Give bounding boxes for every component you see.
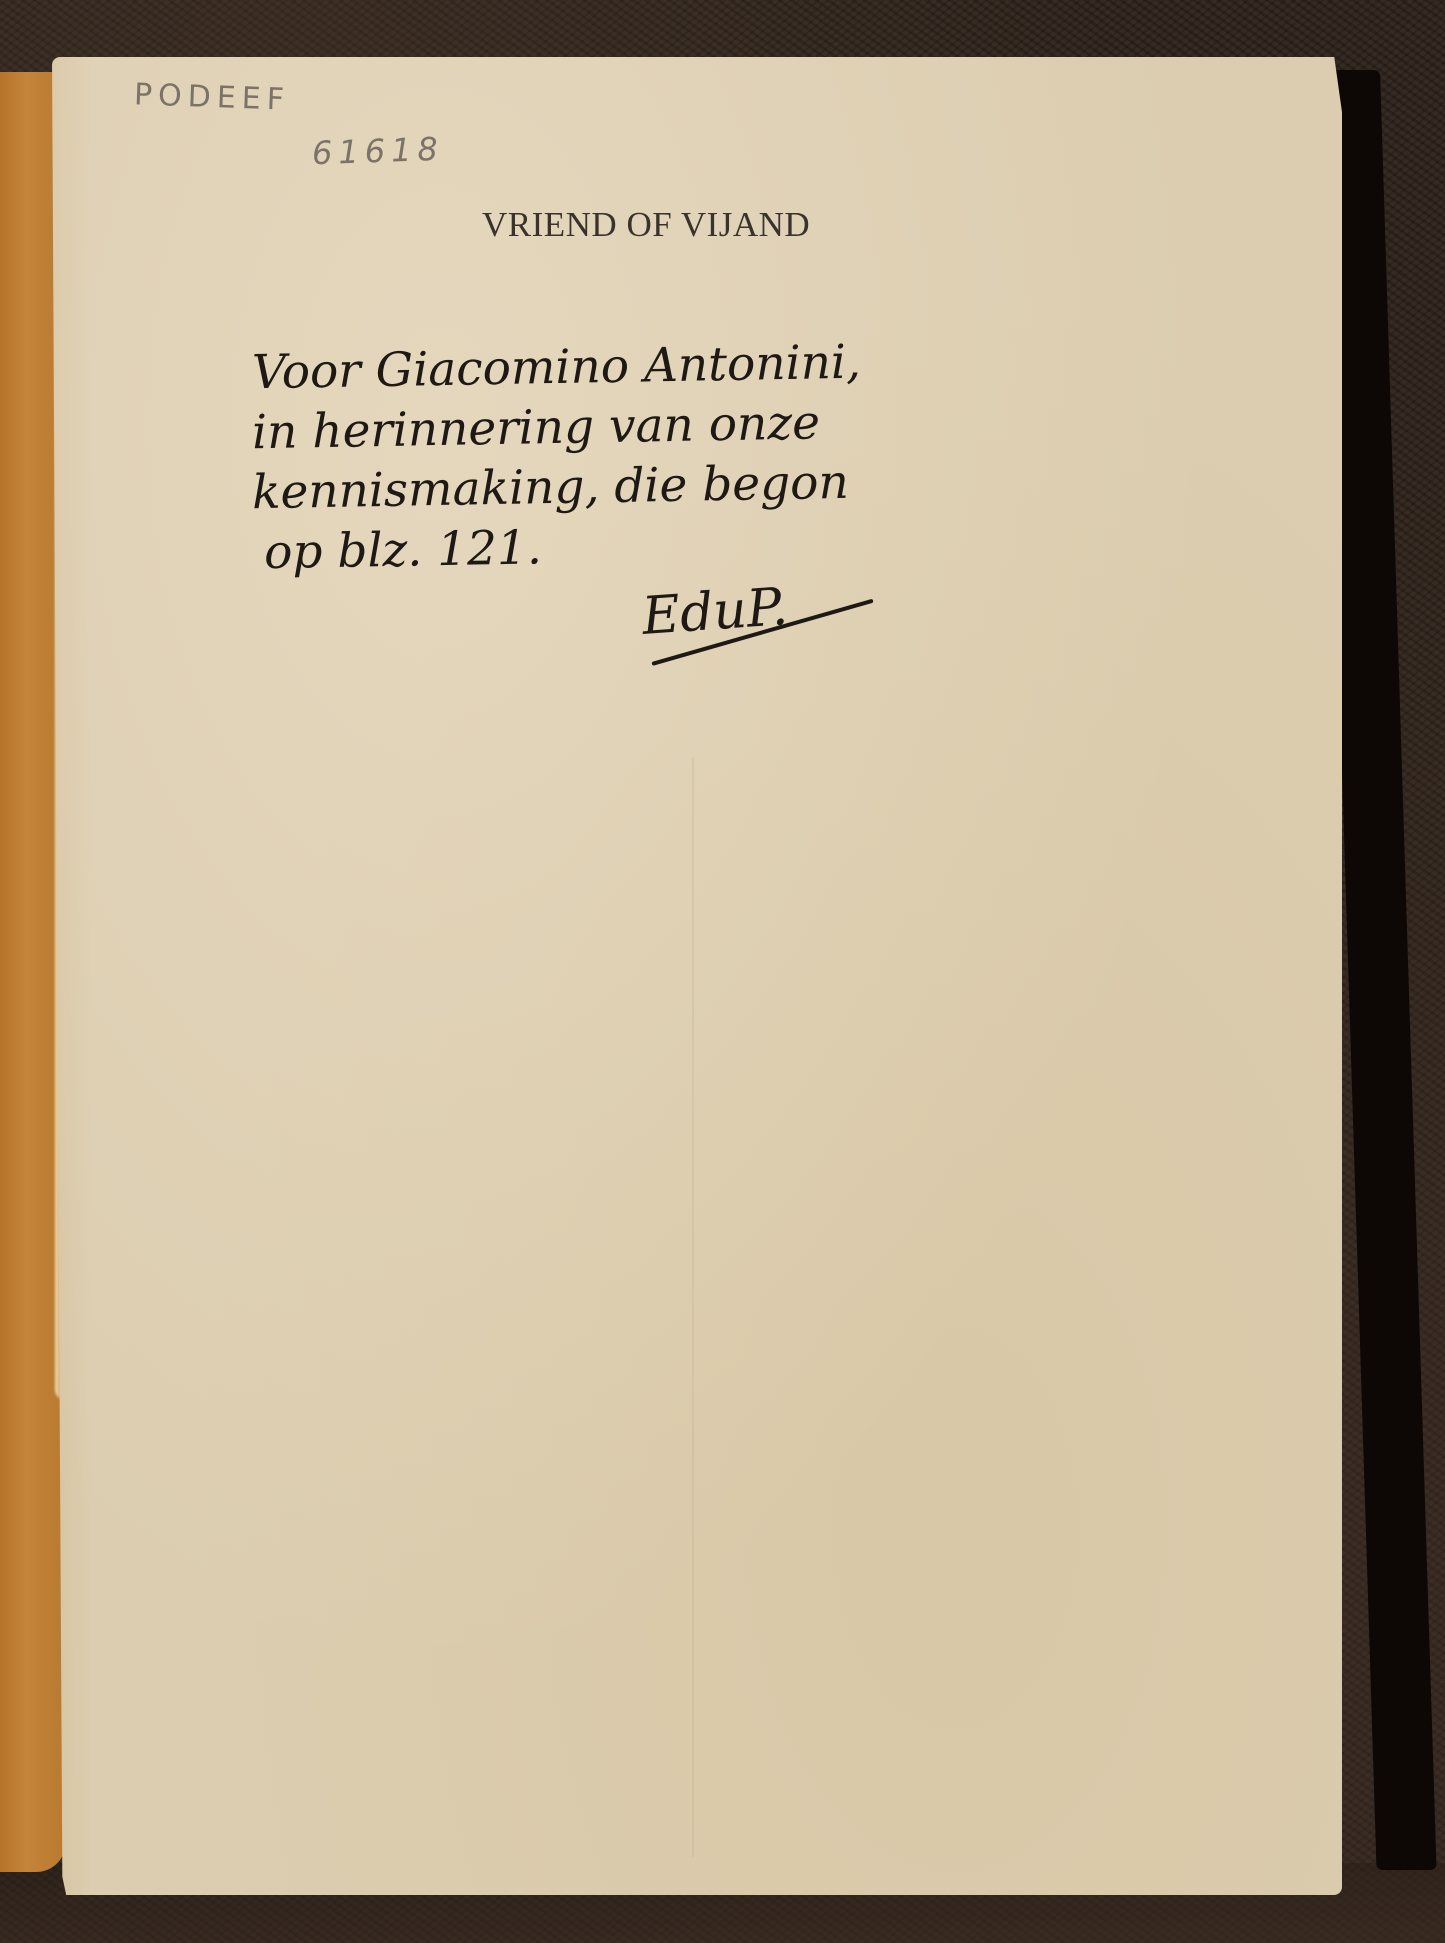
handwritten-dedication: Voor Giacomino Antonini, in herinnering … (252, 337, 972, 577)
pencil-note-name: PODEEF (133, 77, 290, 117)
printed-title: VRIEND OF VIJAND (482, 205, 982, 245)
signature: EduP. (642, 582, 902, 692)
signature-text: EduP. (640, 577, 790, 647)
page-crease (692, 757, 694, 1857)
dedication-line: op blz. 121. (264, 511, 973, 583)
pencil-note-number: 61618 (311, 130, 444, 173)
book-page: PODEEF 61618 VRIEND OF VIJAND Voor Giaco… (52, 57, 1342, 1895)
